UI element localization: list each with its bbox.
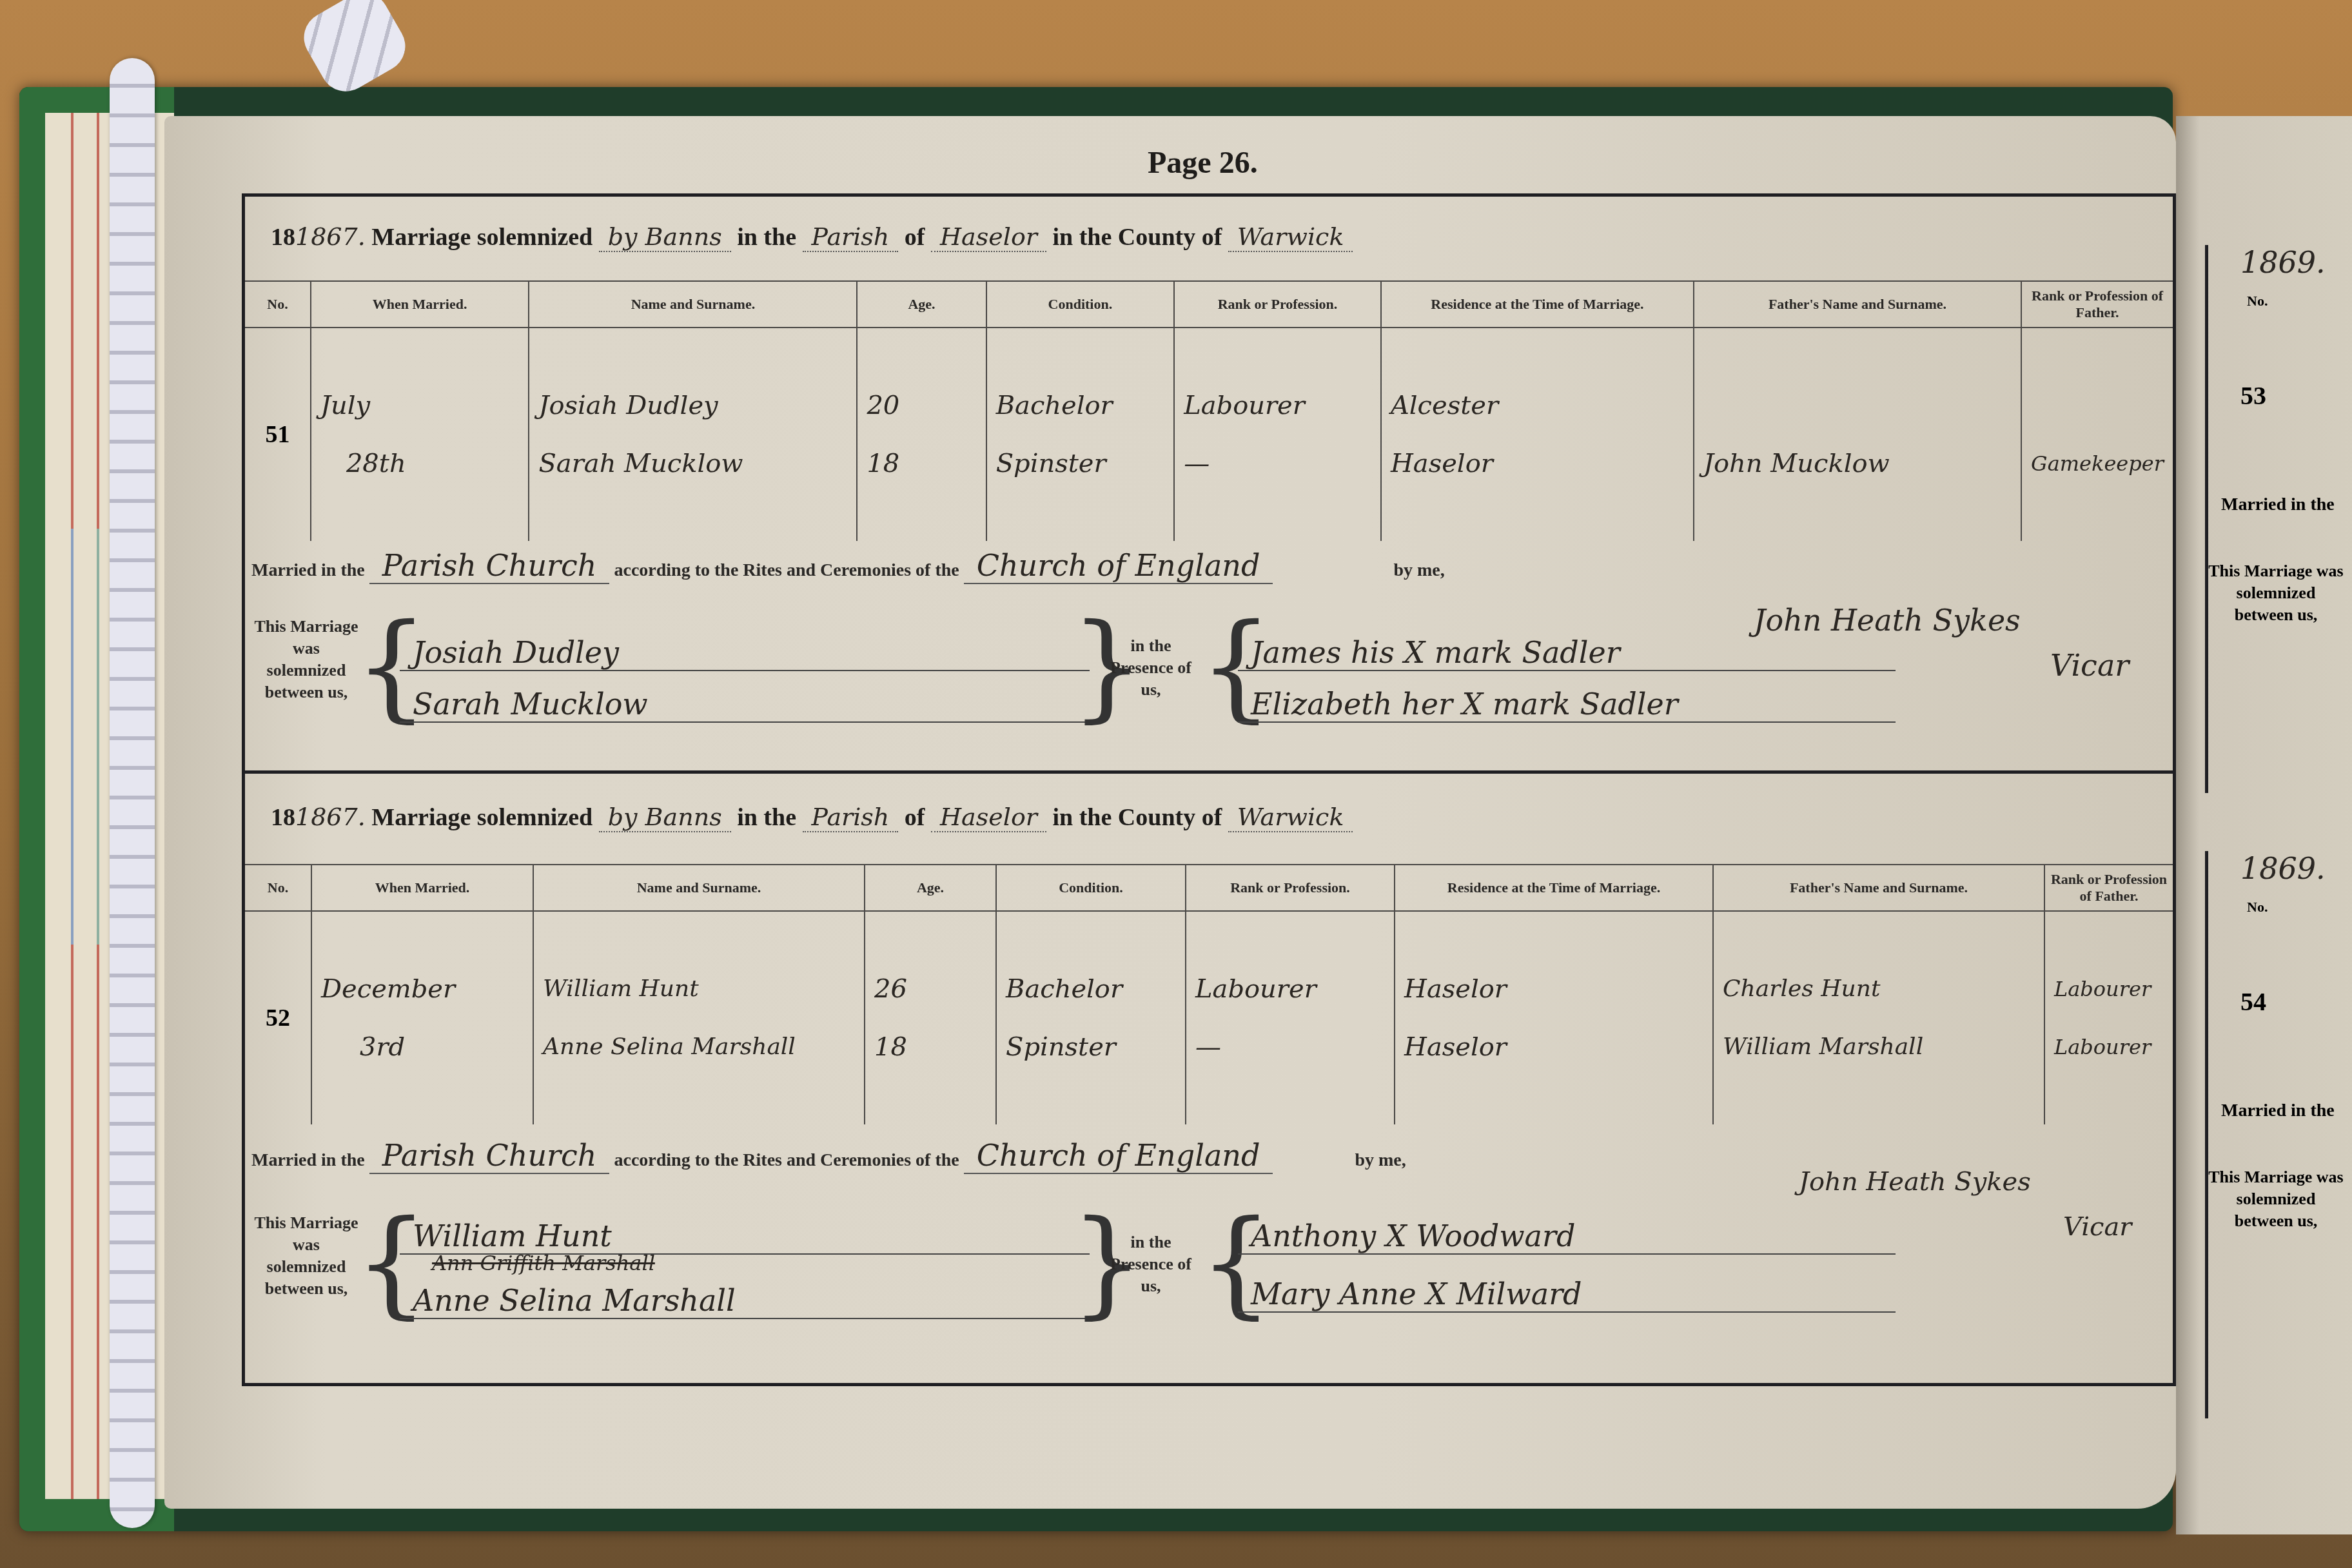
father-ranks: LabourerLabourer xyxy=(2044,911,2173,1124)
ranks: Labourer— xyxy=(1186,911,1395,1124)
facing-no-header: No. xyxy=(2208,293,2352,309)
ranks: Labourer— xyxy=(1174,328,1381,541)
officiant: John Heath Sykes xyxy=(1799,1167,2031,1197)
col-no: No. xyxy=(245,865,311,911)
when-married: December3rd xyxy=(311,911,533,1124)
county: Warwick xyxy=(1228,803,1353,832)
ages: 2618 xyxy=(865,911,996,1124)
label: This Marriage was solemnized between us, xyxy=(251,616,361,703)
entry-table: No. When Married. Name and Surname. Age.… xyxy=(245,280,2173,541)
register-entry: 181867. Marriage solemnized by Banns in … xyxy=(242,767,2176,1386)
married-in: Parish Church xyxy=(369,548,610,584)
facing-entry-number: 54 xyxy=(2208,986,2352,1017)
entry-number: 52 xyxy=(245,911,311,1124)
bookmark-ribbon[interactable] xyxy=(110,58,155,1528)
fathers: Charles HuntWilliam Marshall xyxy=(1713,911,2044,1124)
label: Marriage solemnized xyxy=(371,224,593,251)
col-father: Father's Name and Surname. xyxy=(1713,865,2044,911)
label: Married in the xyxy=(2208,1101,2352,1121)
col-when: When Married. xyxy=(311,281,529,328)
place-type: Parish xyxy=(803,222,899,252)
label: of xyxy=(905,804,925,831)
page-number: Page 26. xyxy=(1148,145,1258,181)
register-entry: 181867. Marriage solemnized by Banns in … xyxy=(242,193,2176,774)
col-no: No. xyxy=(245,281,311,328)
officiant-title: Vicar xyxy=(2063,1212,2131,1242)
conditions: BachelorSpinster xyxy=(996,911,1186,1124)
facing-year: 1869. xyxy=(2208,245,2352,280)
entry-table: No. When Married. Name and Surname. Age.… xyxy=(245,864,2173,1124)
label: in the Presence of us, xyxy=(1109,1231,1193,1297)
rites-line: Married in the Parish Church according t… xyxy=(251,548,1445,583)
county: Warwick xyxy=(1228,222,1353,252)
label: in the xyxy=(737,224,796,251)
signatures-block: This Marriage was solemnized between us,… xyxy=(251,1206,2160,1347)
witness-2: Elizabeth her X mark Sadler xyxy=(1238,687,1896,723)
label: This Marriage was solemnized between us, xyxy=(2208,560,2344,626)
when-married: July28th xyxy=(311,328,529,541)
label: in the County of xyxy=(1052,224,1222,251)
label: of xyxy=(905,224,925,251)
conditions: BachelorSpinster xyxy=(986,328,1174,541)
signature-bride: Anne Selina Marshall xyxy=(400,1283,1090,1319)
label: Marriage solemnized xyxy=(371,804,593,831)
col-rank: Rank or Profession. xyxy=(1186,865,1395,911)
rites-line: Married in the Parish Church according t… xyxy=(251,1138,1406,1173)
table-row: 52 December3rd William HuntAnne Selina M… xyxy=(245,911,2173,1124)
col-age: Age. xyxy=(865,865,996,911)
col-rank: Rank or Profession. xyxy=(1174,281,1381,328)
married-in: Parish Church xyxy=(369,1138,610,1174)
ages: 2018 xyxy=(857,328,986,541)
witness-2: Mary Anne X Milward xyxy=(1238,1277,1896,1313)
label: in the xyxy=(737,804,796,831)
rites-of: Church of England xyxy=(964,548,1273,584)
place-type: Parish xyxy=(803,803,899,832)
names: Josiah DudleySarah Mucklow xyxy=(529,328,857,541)
signature-struck-out: Ann Griffith Marshall xyxy=(432,1251,655,1275)
col-when: When Married. xyxy=(311,865,533,911)
label: Married in the xyxy=(251,560,365,580)
signature-groom: William Hunt xyxy=(400,1219,1090,1255)
names: William HuntAnne Selina Marshall xyxy=(533,911,865,1124)
label: by me, xyxy=(1277,1150,1406,1170)
col-condition: Condition. xyxy=(996,865,1186,911)
col-father-rank: Rank or Profession of Father. xyxy=(2021,281,2173,328)
witness-1: James his X mark Sadler xyxy=(1238,635,1896,671)
solemnized-by: by Banns xyxy=(599,222,731,252)
table-row: 51 July28th Josiah DudleySarah Mucklow 2… xyxy=(245,328,2173,541)
facing-entry: 1869. No. 54 Married in the This Marriag… xyxy=(2205,851,2352,1418)
facing-entry: 1869. No. 53 Married in the This Marriag… xyxy=(2205,245,2352,793)
fathers: John Mucklow xyxy=(1694,328,2021,541)
father-ranks: Gamekeeper xyxy=(2021,328,2173,541)
col-father: Father's Name and Surname. xyxy=(1694,281,2021,328)
witness-1: Anthony X Woodward xyxy=(1238,1219,1896,1255)
solemnized-by: by Banns xyxy=(599,803,731,832)
edge-stripe xyxy=(97,113,99,1499)
col-name: Name and Surname. xyxy=(533,865,865,911)
entry-year: 1867. xyxy=(295,222,366,251)
entry-header: 181867. Marriage solemnized by Banns in … xyxy=(271,222,1353,251)
label: in the County of xyxy=(1052,804,1222,831)
entry-year: 1867. xyxy=(295,803,366,831)
label: This Marriage was solemnized between us, xyxy=(251,1212,361,1300)
facing-year: 1869. xyxy=(2208,851,2352,886)
entry-number: 51 xyxy=(245,328,311,541)
place: Haselor xyxy=(931,222,1046,252)
residences: AlcesterHaselor xyxy=(1381,328,1694,541)
signature-bride: Sarah Mucklow xyxy=(400,687,1090,723)
officiant: John Heath Sykes xyxy=(1754,603,2021,638)
col-residence: Residence at the Time of Marriage. xyxy=(1381,281,1694,328)
label: in the Presence of us, xyxy=(1109,635,1193,701)
col-residence: Residence at the Time of Marriage. xyxy=(1395,865,1713,911)
label: This Marriage was solemnized between us, xyxy=(2208,1166,2344,1232)
col-condition: Condition. xyxy=(986,281,1174,328)
col-father-rank: Rank or Profession of Father. xyxy=(2044,865,2173,911)
signatures-block: This Marriage was solemnized between us,… xyxy=(251,609,2160,751)
officiant-title: Vicar xyxy=(2050,648,2129,683)
col-name: Name and Surname. xyxy=(529,281,857,328)
facing-entry-number: 53 xyxy=(2208,380,2352,411)
label: Married in the xyxy=(251,1150,365,1170)
facing-no-header: No. xyxy=(2208,899,2352,916)
label: according to the Rites and Ceremonies of… xyxy=(614,560,959,580)
edge-stripe xyxy=(71,113,73,1499)
rites-of: Church of England xyxy=(964,1138,1273,1174)
label: by me, xyxy=(1277,560,1444,580)
label: according to the Rites and Ceremonies of… xyxy=(614,1150,959,1170)
place: Haselor xyxy=(931,803,1046,832)
label: Married in the xyxy=(2208,495,2352,515)
col-age: Age. xyxy=(857,281,986,328)
signature-groom: Josiah Dudley xyxy=(400,635,1090,671)
residences: HaselorHaselor xyxy=(1395,911,1713,1124)
entry-header: 181867. Marriage solemnized by Banns in … xyxy=(271,803,1353,832)
